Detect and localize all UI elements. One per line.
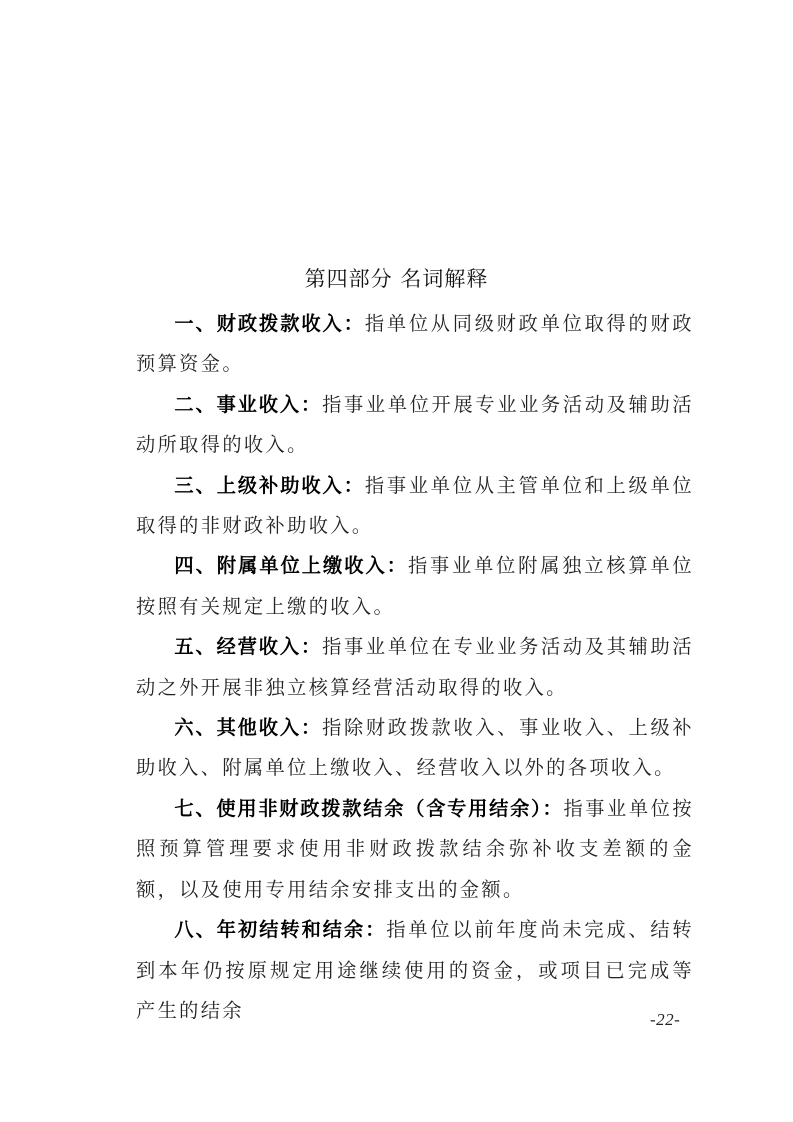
section-title: 第四部分 名词解释 <box>0 262 793 296</box>
glossary-term: 二、事业收入： <box>174 393 322 416</box>
glossary-entry: 四、附属单位上缴收入：指事业单位附属独立核算单位按照有关规定上缴的收入。 <box>136 546 694 627</box>
glossary-term: 八、年初结转和结余： <box>174 918 386 941</box>
document-page: 第四部分 名词解释 一、财政拨款收入：指单位从同级财政单位取得的财政预算资金。 … <box>0 0 793 1122</box>
glossary-entry: 一、财政拨款收入：指单位从同级财政单位取得的财政预算资金。 <box>136 304 694 385</box>
glossary-entry: 二、事业收入：指事业单位开展专业业务活动及辅助活动所取得的收入。 <box>136 385 694 466</box>
glossary-entry: 八、年初结转和结余：指单位以前年度尚未完成、结转到本年仍按原规定用途继续使用的资… <box>136 910 694 1031</box>
glossary-entry: 七、使用非财政拨款结余（含专用结余）：指事业单位按照预算管理要求使用非财政拨款结… <box>136 789 694 910</box>
glossary-entry: 三、上级补助收入：指事业单位从主管单位和上级单位取得的非财政补助收入。 <box>136 466 694 547</box>
glossary-term: 六、其他收入： <box>174 716 322 739</box>
glossary-term: 一、财政拨款收入： <box>174 312 365 335</box>
glossary-entry: 六、其他收入：指除财政拨款收入、事业收入、上级补助收入、附属单位上缴收入、经营收… <box>136 708 694 789</box>
glossary-body: 一、财政拨款收入：指单位从同级财政单位取得的财政预算资金。 二、事业收入：指事业… <box>136 304 694 1031</box>
glossary-term: 七、使用非财政拨款结余（含专用结余）： <box>174 797 563 820</box>
glossary-term: 三、上级补助收入： <box>174 474 365 497</box>
page-number: -22- <box>650 1010 680 1030</box>
glossary-term: 五、经营收入： <box>174 635 322 658</box>
glossary-term: 四、附属单位上缴收入： <box>174 554 408 577</box>
glossary-entry: 五、经营收入：指事业单位在专业业务活动及其辅助活动之外开展非独立核算经营活动取得… <box>136 627 694 708</box>
